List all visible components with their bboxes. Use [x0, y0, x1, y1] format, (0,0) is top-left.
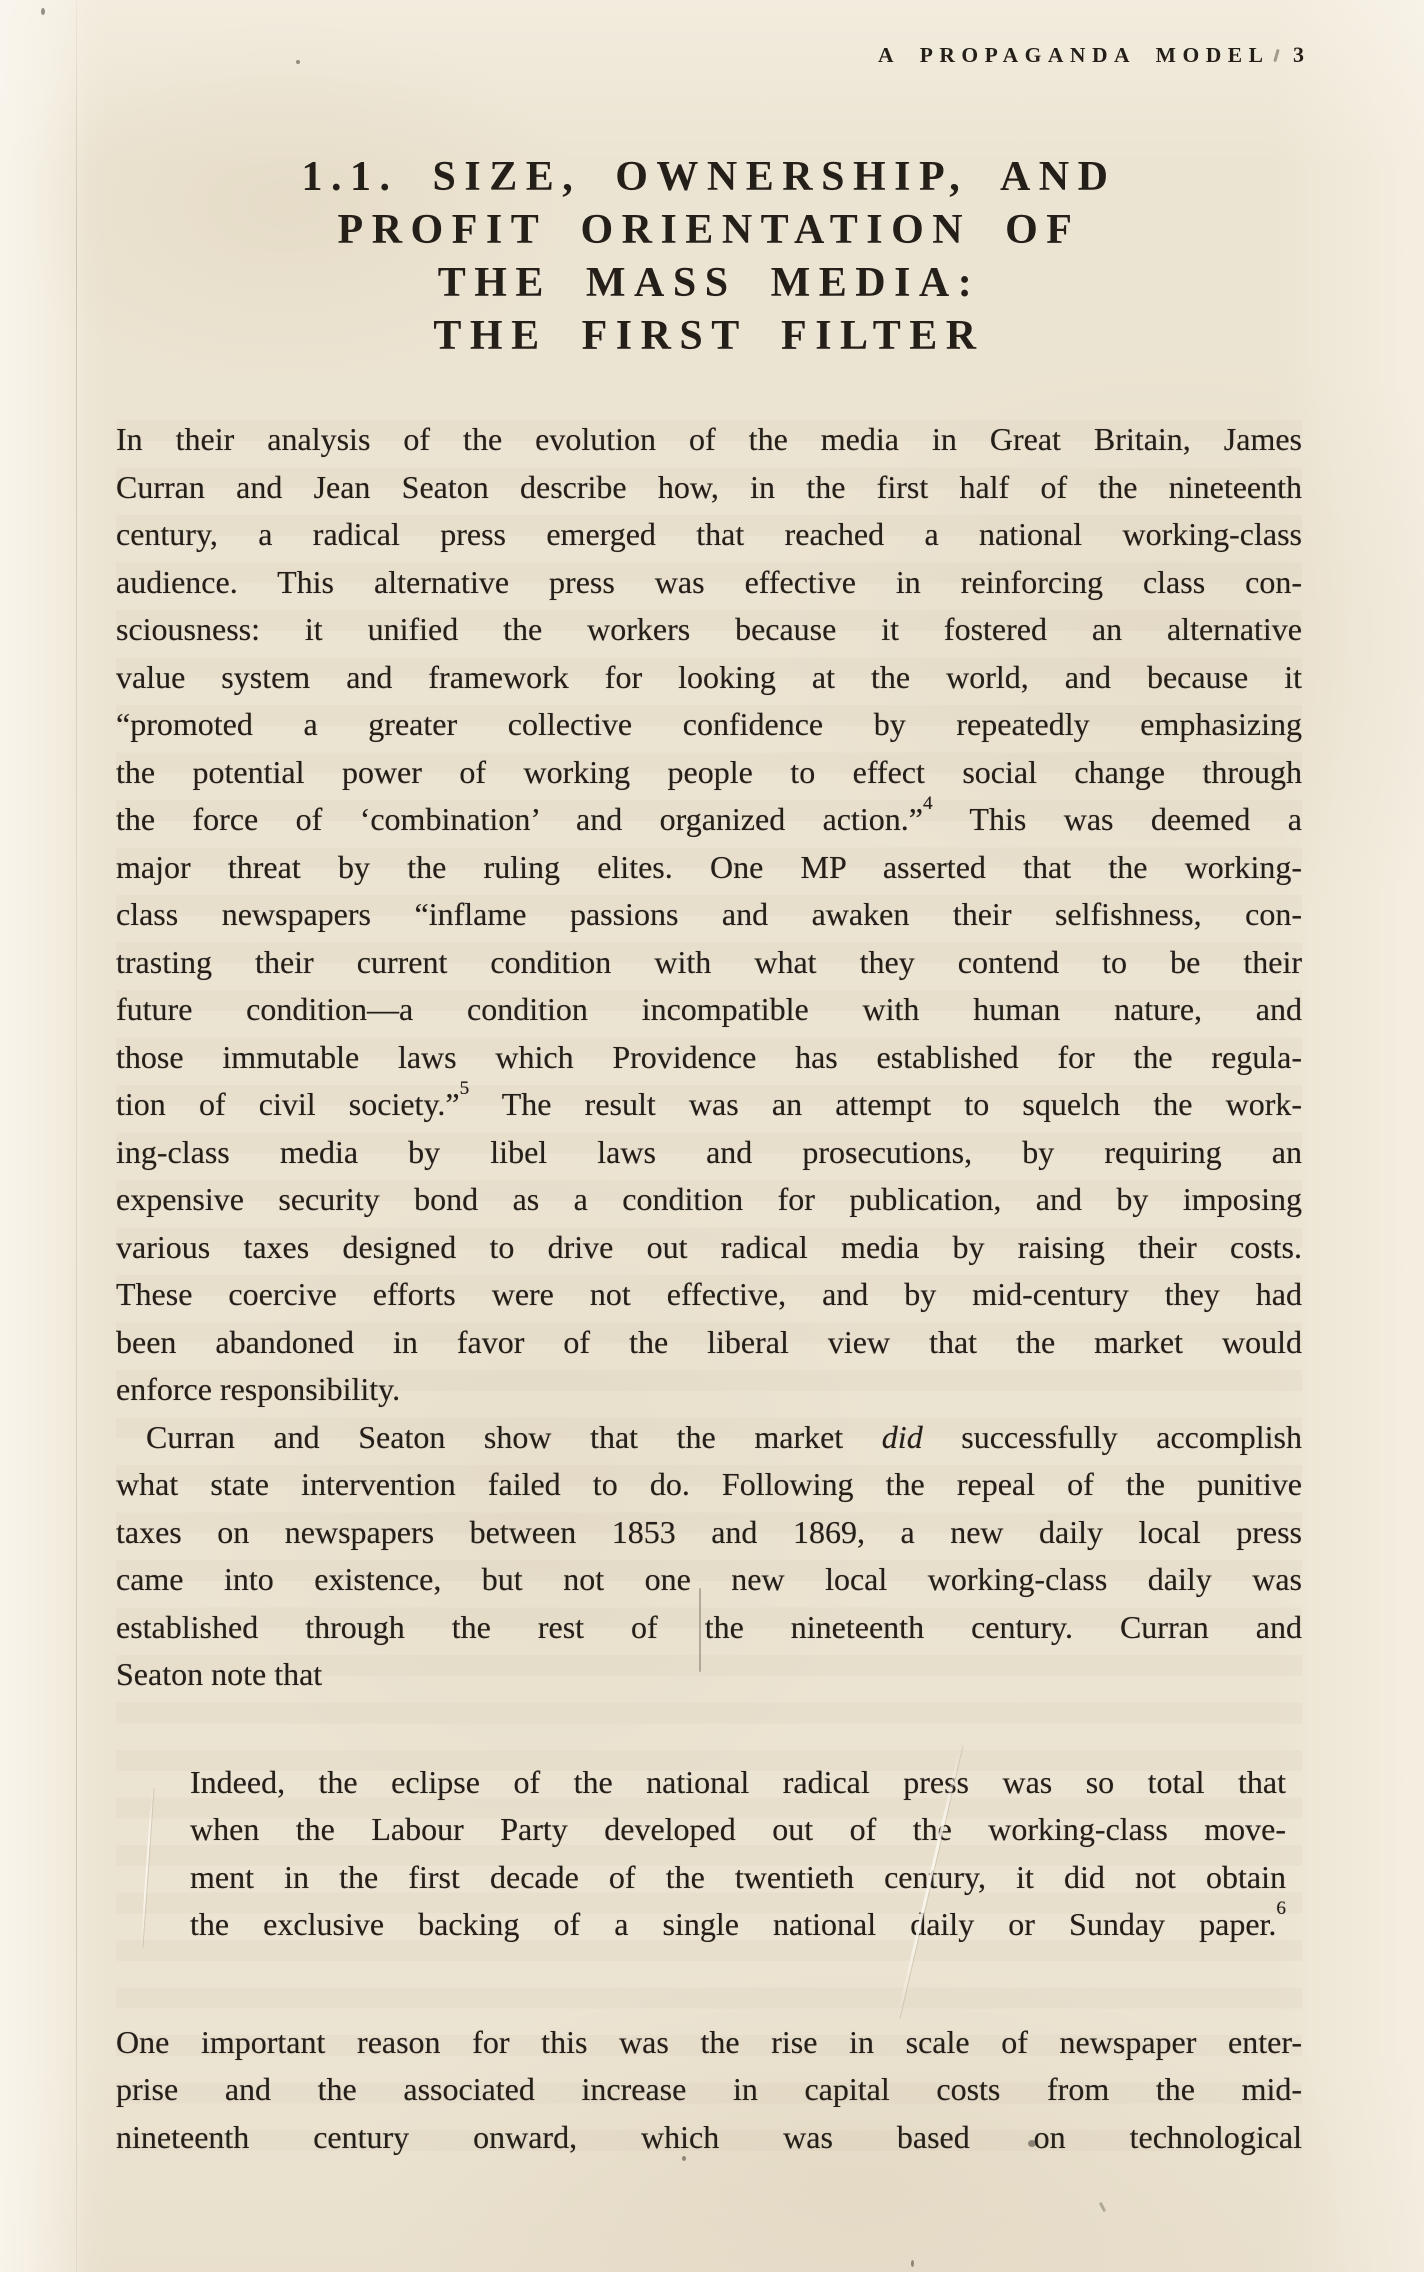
heading-line: PROFIT ORIENTATION OF [116, 204, 1302, 257]
scan-speck [1099, 2202, 1106, 2212]
page-edge-line [76, 0, 77, 2272]
text-line: those immutable laws which Providence ha… [116, 1034, 1302, 1082]
footnote-ref: 6 [1276, 1898, 1286, 1919]
text-line: future condition—a condition incompatibl… [116, 986, 1302, 1034]
text-line: Curran and Seaton show that the market d… [116, 1414, 1302, 1462]
text-line: tion of civil society.”5 The result was … [116, 1081, 1302, 1129]
text-line: Seaton note that [116, 1651, 1302, 1699]
text-line: been abandoned in favor of the liberal v… [116, 1319, 1302, 1367]
text-line: Curran and Jean Seaton describe how, in … [116, 464, 1302, 512]
italic-text: did [882, 1419, 923, 1455]
text-line: ment in the first decade of the twentiet… [190, 1854, 1286, 1902]
paragraph: Curran and Seaton show that the market d… [116, 1414, 1302, 1699]
footnote-ref: 5 [460, 1078, 470, 1099]
text-line: One important reason for this was the ri… [116, 2019, 1302, 2067]
text-line: value system and framework for looking a… [116, 654, 1302, 702]
book-page: A PROPAGANDA MODEL 3 1.1. SIZE, OWNERSHI… [0, 0, 1424, 2272]
footnote-ref: 4 [923, 793, 933, 814]
text-line: taxes on newspapers between 1853 and 186… [116, 1509, 1302, 1557]
body-text: In their analysis of the evolution of th… [116, 416, 1302, 2161]
text-line: trasting their current condition with wh… [116, 939, 1302, 987]
text-line: nineteenth century onward, which was bas… [116, 2114, 1302, 2162]
text-line: the potential power of working people to… [116, 749, 1302, 797]
scan-speck [296, 60, 300, 64]
page-edge-shade [0, 0, 88, 2272]
running-title: A PROPAGANDA MODEL [878, 43, 1275, 68]
text-line: the force of ‘combination’ and organized… [116, 796, 1302, 844]
text-line: sciousness: it unified the workers becau… [116, 606, 1302, 654]
text-line: enforce responsibility. [116, 1366, 1302, 1414]
text-line: expensive security bond as a condition f… [116, 1176, 1302, 1224]
text-line: the exclusive backing of a single nation… [190, 1901, 1286, 1949]
text-line: “promoted a greater collective confidenc… [116, 701, 1302, 749]
block-quote: Indeed, the eclipse of the national radi… [190, 1759, 1286, 1949]
text-line: These coercive efforts were not effectiv… [116, 1271, 1302, 1319]
text-line: established through the rest of the nine… [116, 1604, 1302, 1652]
scan-speck [41, 8, 45, 15]
text-line: major threat by the ruling elites. One M… [116, 844, 1302, 892]
running-header: A PROPAGANDA MODEL 3 [878, 42, 1304, 68]
text-line: when the Labour Party developed out of t… [190, 1806, 1286, 1854]
scan-speck [911, 2260, 914, 2267]
text-line: ing-class media by libel laws and prosec… [116, 1129, 1302, 1177]
section-heading: 1.1. SIZE, OWNERSHIP, ANDPROFIT ORIENTAT… [116, 151, 1302, 363]
text-line: class newspapers “inflame passions and a… [116, 891, 1302, 939]
text-line: audience. This alternative press was eff… [116, 559, 1302, 607]
heading-line: THE FIRST FILTER [116, 310, 1302, 363]
text-line: In their analysis of the evolution of th… [116, 416, 1302, 464]
paragraph: In their analysis of the evolution of th… [116, 416, 1302, 1414]
text-line: prise and the associated increase in cap… [116, 2066, 1302, 2114]
heading-line: THE MASS MEDIA: [116, 257, 1302, 310]
heading-line: 1.1. SIZE, OWNERSHIP, AND [116, 151, 1302, 204]
paragraph: One important reason for this was the ri… [116, 2019, 1302, 2162]
text-line: various taxes designed to drive out radi… [116, 1224, 1302, 1272]
text-line: came into existence, but not one new loc… [116, 1556, 1302, 1604]
text-line: century, a radical press emerged that re… [116, 511, 1302, 559]
page-number: 3 [1293, 42, 1304, 67]
text-line: what state intervention failed to do. Fo… [116, 1461, 1302, 1509]
text-line: Indeed, the eclipse of the national radi… [190, 1759, 1286, 1807]
